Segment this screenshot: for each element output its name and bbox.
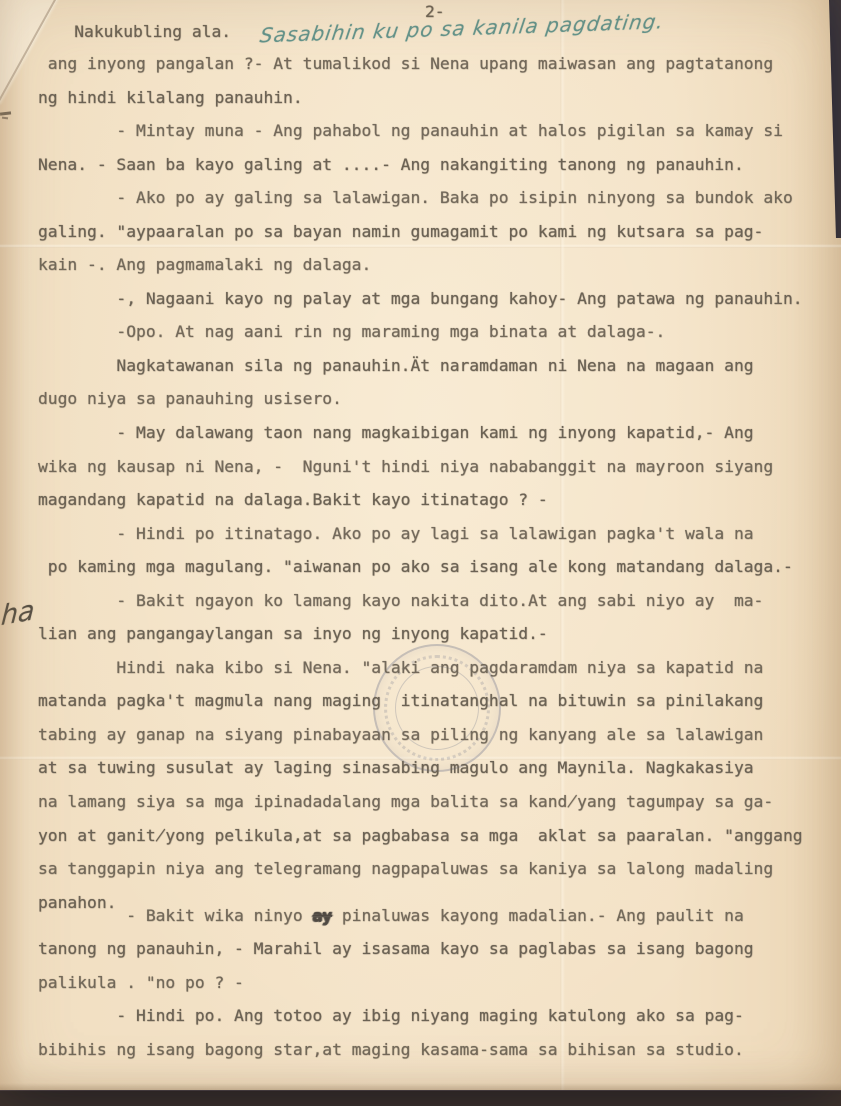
typewritten-line: ng hindi kilalang panauhin. xyxy=(38,81,834,115)
scan-edge-bottom xyxy=(0,1090,841,1106)
pencil-mark xyxy=(2,117,8,120)
typewritten-line: - Hindi po itinatago. Ako po ay lagi sa … xyxy=(38,517,834,551)
struck-out-word: ay xyxy=(312,906,332,925)
typewritten-line: - Hindi po. Ang totoo ay ibig niyang mag… xyxy=(38,999,834,1033)
typewritten-line: kain -. Ang pagmamalaki ng dalaga. xyxy=(38,248,834,282)
typewritten-line: - Ako po ay galing sa lalawigan. Baka po… xyxy=(38,181,834,215)
typewritten-line: yon at ganit̸yong pelikula,at sa pagbaba… xyxy=(38,819,834,853)
margin-annotation: ha xyxy=(0,595,35,633)
typewritten-line: po kaming mga magulang. "aiwanan po ako … xyxy=(38,550,834,584)
scanned-typewritten-page: Nakukubling ala. 2- Sasabihin ku po sa k… xyxy=(0,0,841,1106)
typewritten-line: dugo niya sa panauhing usisero. xyxy=(38,382,834,416)
typewritten-line: galing. "aypaaralan po sa bayan namin gu… xyxy=(38,215,834,249)
pencil-mark xyxy=(0,111,11,115)
typewritten-line: - Mintay muna - Ang pahabol ng panauhin … xyxy=(38,114,834,148)
typewritten-line: na lamang siya sa mga ipinadadalang mga … xyxy=(38,785,834,819)
typewritten-line: magandang kapatid na dalaga.Bakit kayo i… xyxy=(38,483,834,517)
typewritten-line: at sa tuwing susulat ay laging sinasabin… xyxy=(38,751,834,785)
typewritten-line: lian ang pangangaylangan sa inyo ng inyo… xyxy=(38,617,834,651)
typewritten-line: palikula . "no po ? - xyxy=(38,966,834,1000)
page-title: Nakukubling ala. xyxy=(74,22,231,41)
typewritten-line: tabing ay ganap na siyang pinabayaan sa … xyxy=(38,718,834,752)
typewritten-line: matanda pagka't magmula nang maging itin… xyxy=(38,684,834,718)
typewritten-line: ang inyong pangalan ?- At tumalikod si N… xyxy=(38,47,834,81)
typewritten-line: -, Nagaani kayo ng palay at mga bungang … xyxy=(38,282,834,316)
typewritten-line: Nena. - Saan ba kayo galing at ....- Ang… xyxy=(38,148,834,182)
typewritten-line: Nagkatawanan sila ng panauhin.Ät naramda… xyxy=(38,349,834,383)
typewritten-line: - May dalawang taon nang magkaibigan kam… xyxy=(38,416,834,450)
typewritten-line: Hindi naka kibo si Nena. "alaki ang pagd… xyxy=(38,651,834,685)
typewritten-line: wika ng kausap ni Nena, - Nguni't hindi … xyxy=(38,450,834,484)
typewritten-line: bibihis ng isang bagong star,at maging k… xyxy=(38,1033,834,1067)
typewritten-line: - Bakit wika ninyo ay pinaluwas kayong m… xyxy=(38,899,834,933)
typewritten-body: ang inyong pangalan ?- At tumalikod si N… xyxy=(38,47,834,1066)
typewritten-line: - Bakit ngayon ko lamang kayo nakita dit… xyxy=(38,584,834,618)
typewritten-line: tanong ng panauhin, - Marahil ay isasama… xyxy=(38,932,834,966)
typewritten-line: sa tanggapin niya ang telegramang nagpap… xyxy=(38,852,834,886)
typewritten-line: -Opo. At nag aani rin ng maraming mga bi… xyxy=(38,315,834,349)
